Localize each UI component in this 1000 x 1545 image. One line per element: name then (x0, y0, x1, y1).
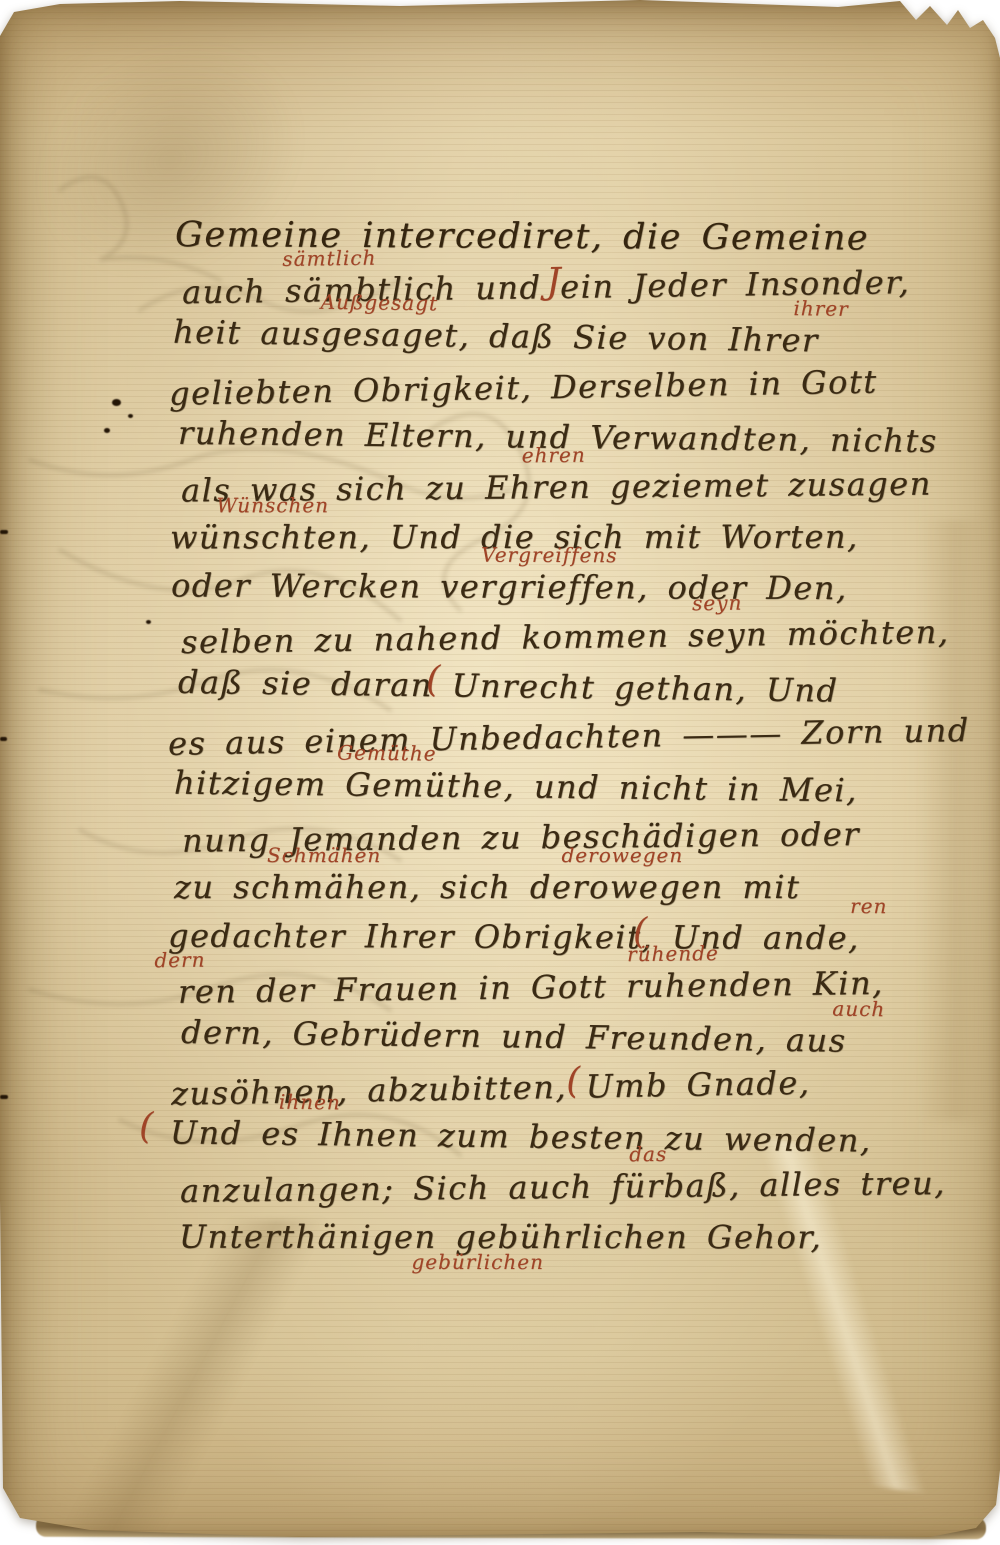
manuscript-line: zu schmähen, sich derowegen mitSchmähend… (174, 862, 949, 912)
ink-speck (104, 428, 110, 433)
red-insertion-mark: ( (139, 1109, 154, 1145)
red-correction: ren (850, 896, 887, 916)
manuscript-line-text: selben zu nahend kommen seyn möchten, (181, 613, 950, 661)
manuscript-line-text: gedachter Ihrer Obrigkeit, Und ande, (168, 917, 860, 957)
red-correction: Wünschen (216, 495, 329, 515)
manuscript-line-text: dern, Gebrüdern und Freunden, aus (181, 1013, 847, 1060)
red-correction: Gemüthe (337, 742, 437, 763)
ink-speck-edge (0, 737, 7, 741)
red-insertion-mark: ( (566, 1064, 582, 1100)
red-correction: dern (154, 950, 205, 971)
red-correction: das (629, 1144, 667, 1164)
red-correction: derowegen (561, 845, 683, 865)
manuscript-line-text: geliebten Obrigkeit, Derselben in Gott (169, 363, 878, 413)
red-correction: Außgesagt (321, 292, 439, 314)
red-correction: Schmähen (267, 845, 381, 865)
manuscript-line: Unterthänigen gebührlichen Gehor,gebürli… (179, 1212, 954, 1263)
manuscript-line-text: zusöhnen, abzubitten, Umb Gnade, (171, 1064, 811, 1113)
manuscript-line-text: Gemeine intercediret, die Gemeine (175, 215, 869, 258)
red-correction: Vergreiffens (481, 545, 617, 566)
red-correction: sämtlich (282, 248, 376, 269)
red-correction: seyn (692, 593, 743, 614)
ink-speck (128, 414, 133, 418)
red-correction: ehren (522, 445, 586, 466)
manuscript-line-text: daß sie daran Unrecht gethan, Und (178, 663, 839, 710)
ink-speck-edge (0, 530, 8, 534)
manuscript-line-text: anzulangen; Sich auch fürbaß, alles treu… (180, 1164, 946, 1210)
manuscript-line: anzulangen; Sich auch fürbaß, alles treu… (180, 1158, 955, 1216)
manuscript-line: Und es Ihnen zum besten zu wenden,ihnen( (170, 1107, 946, 1166)
manuscript-line-text: Und es Ihnen zum besten zu wenden, (170, 1113, 872, 1159)
red-correction: rühende (627, 943, 719, 964)
manuscript-line: hitzigem Gemüthe, und nicht in Mei,Gemüt… (174, 758, 950, 817)
red-correction: ihrer (793, 298, 848, 319)
manuscript-paper: Gemeine intercediret, die Gemeineauch sä… (0, 0, 1000, 1538)
manuscript-paper-wrap: Gemeine intercediret, die Gemeineauch sä… (0, 0, 1000, 1545)
manuscript-line-text: heit ausgesaget, daß Sie von Ihrer (173, 313, 819, 360)
manuscript-line-text: zu schmähen, sich derowegen mit (174, 868, 800, 906)
manuscript-line: gedachter Ihrer Obrigkeit, Und ande,ren( (168, 911, 943, 964)
manuscript-line-text: hitzigem Gemüthe, und nicht in Mei, (174, 764, 858, 810)
scanned-page-background: Gemeine intercediret, die Gemeineauch sä… (0, 0, 1000, 1545)
red-correction: gebürlichen (411, 1252, 543, 1272)
manuscript-line: oder Wercken vergrieffen, oder Den,Vergr… (171, 560, 946, 613)
red-insertion-mark: J (546, 264, 562, 300)
red-insertion-mark: ( (426, 662, 442, 698)
manuscript-line-text: ren der Frauen in Gott ruhenden Kin, (178, 964, 884, 1011)
ink-speck (112, 399, 121, 406)
manuscript-line-text: oder Wercken vergrieffen, oder Den, (171, 566, 848, 607)
ink-speck (146, 620, 151, 624)
manuscript-line-text: es aus einem Unbedachten ——— Zorn und (168, 711, 970, 763)
red-correction: ihnen (279, 1092, 341, 1113)
ink-speck-edge (0, 1095, 8, 1099)
manuscript-text-block: Gemeine intercediret, die Gemeineauch sä… (175, 212, 950, 1262)
red-correction: auch (832, 999, 885, 1020)
